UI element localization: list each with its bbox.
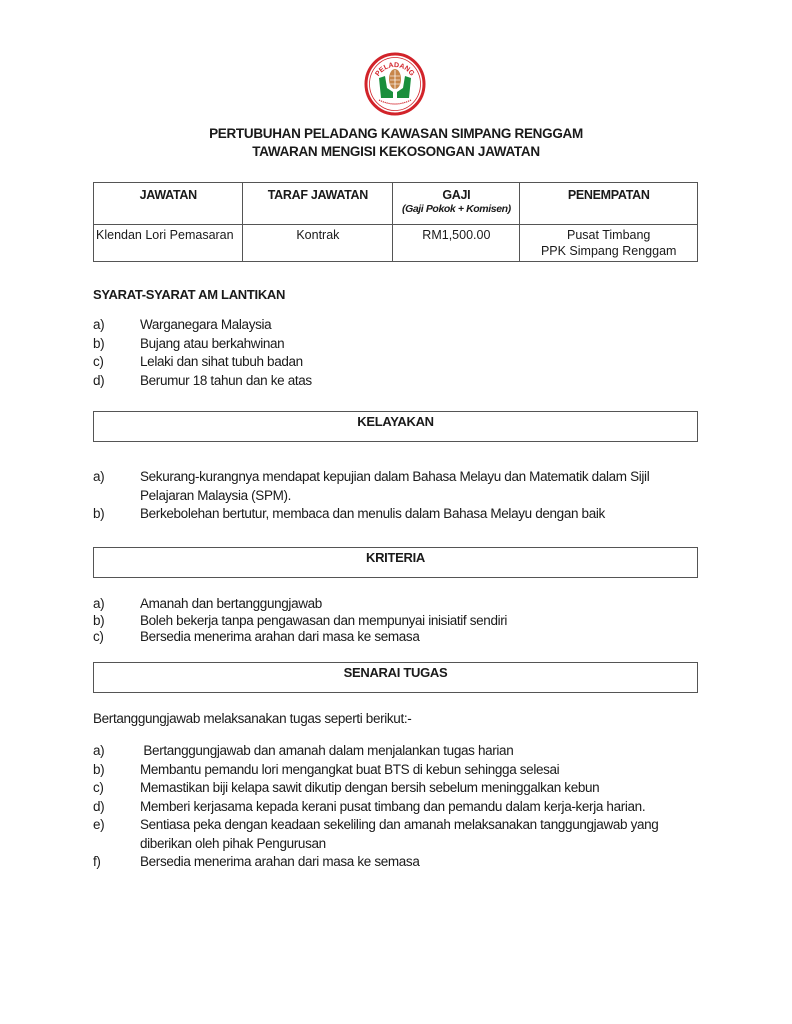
item-label: a) xyxy=(93,468,140,505)
penempatan-line1: Pusat Timbang xyxy=(523,227,694,243)
kriteria-list: a)Amanah dan bertanggungjawab b)Boleh be… xyxy=(93,596,713,646)
cell-gaji: RM1,500.00 xyxy=(393,225,520,262)
organization-title: PERTUBUHAN PELADANG KAWASAN SIMPANG RENG… xyxy=(0,126,792,141)
kelayakan-list: a)Sekurang-kurangnya mendapat kepujian d… xyxy=(93,468,698,524)
item-label: b) xyxy=(93,335,140,354)
item-text: Bersedia menerima arahan dari masa ke se… xyxy=(140,629,713,646)
item-label: e) xyxy=(93,816,140,853)
list-item: a) Bertanggungjawab dan amanah dalam men… xyxy=(93,742,713,761)
item-text: Lelaki dan sihat tubuh badan xyxy=(140,353,713,372)
item-label: b) xyxy=(93,505,140,524)
item-text: Boleh bekerja tanpa pengawasan dan mempu… xyxy=(140,613,713,630)
item-text: Sekurang-kurangnya mendapat kepujian dal… xyxy=(140,468,698,505)
item-label: a) xyxy=(93,316,140,335)
syarat-list: a)Warganegara Malaysia b)Bujang atau ber… xyxy=(93,316,713,390)
item-text: Memastikan biji kelapa sawit dikutip den… xyxy=(140,779,713,798)
item-label: c) xyxy=(93,629,140,646)
document-title: TAWARAN MENGISI KEKOSONGAN JAWATAN xyxy=(0,144,792,159)
item-text: Bujang atau berkahwinan xyxy=(140,335,713,354)
item-text: Bersedia menerima arahan dari masa ke se… xyxy=(140,853,713,872)
tugas-intro: Bertanggungjawab melaksanakan tugas sepe… xyxy=(93,711,411,726)
header-gaji-sublabel: (Gaji Pokok + Komisen) xyxy=(396,203,516,215)
tugas-list: a) Bertanggungjawab dan amanah dalam men… xyxy=(93,742,713,872)
list-item: e)Sentiasa peka dengan keadaan sekelilin… xyxy=(93,816,713,853)
header-taraf-jawatan: TARAF JAWATAN xyxy=(243,183,393,225)
item-label: c) xyxy=(93,779,140,798)
item-text: Berumur 18 tahun dan ke atas xyxy=(140,372,713,391)
header-penempatan: PENEMPATAN xyxy=(520,183,698,225)
cell-penempatan: Pusat Timbang PPK Simpang Renggam xyxy=(520,225,698,262)
item-label: c) xyxy=(93,353,140,372)
table-row: Klendan Lori Pemasaran Kontrak RM1,500.0… xyxy=(94,225,698,262)
list-item: b)Boleh bekerja tanpa pengawasan dan mem… xyxy=(93,613,713,630)
list-item: b)Berkebolehan bertutur, membaca dan men… xyxy=(93,505,698,524)
list-item: a)Amanah dan bertanggungjawab xyxy=(93,596,713,613)
item-label: d) xyxy=(93,372,140,391)
job-vacancy-table: JAWATAN TARAF JAWATAN GAJI (Gaji Pokok +… xyxy=(93,182,698,262)
item-label: a) xyxy=(93,596,140,613)
item-text: Amanah dan bertanggungjawab xyxy=(140,596,713,613)
penempatan-line2: PPK Simpang Renggam xyxy=(523,243,694,259)
list-item: a)Warganegara Malaysia xyxy=(93,316,713,335)
list-item: c)Lelaki dan sihat tubuh badan xyxy=(93,353,713,372)
item-text: Bertanggungjawab dan amanah dalam menjal… xyxy=(140,742,713,761)
list-item: d)Memberi kerjasama kepada kerani pusat … xyxy=(93,798,713,817)
item-text: Sentiasa peka dengan keadaan sekeliling … xyxy=(140,816,680,853)
peladang-logo: PELADANG xyxy=(363,52,427,116)
cell-jawatan: Klendan Lori Pemasaran xyxy=(94,225,243,262)
list-item: b)Bujang atau berkahwinan xyxy=(93,335,713,354)
item-label: b) xyxy=(93,613,140,630)
senarai-tugas-heading-box: SENARAI TUGAS xyxy=(93,662,698,693)
list-item: c)Bersedia menerima arahan dari masa ke … xyxy=(93,629,713,646)
list-item: b)Membantu pemandu lori mengangkat buat … xyxy=(93,761,713,780)
item-label: a) xyxy=(93,742,140,761)
peladang-logo-icon: PELADANG xyxy=(363,52,427,116)
header-gaji-label: GAJI xyxy=(442,188,470,202)
item-label: d) xyxy=(93,798,140,817)
item-text: Membantu pemandu lori mengangkat buat BT… xyxy=(140,761,713,780)
list-item: a)Sekurang-kurangnya mendapat kepujian d… xyxy=(93,468,698,505)
item-label: f) xyxy=(93,853,140,872)
list-item: f)Bersedia menerima arahan dari masa ke … xyxy=(93,853,713,872)
item-text: Warganegara Malaysia xyxy=(140,316,713,335)
cell-taraf: Kontrak xyxy=(243,225,393,262)
table-header-row: JAWATAN TARAF JAWATAN GAJI (Gaji Pokok +… xyxy=(94,183,698,225)
item-label: b) xyxy=(93,761,140,780)
kelayakan-heading-box: KELAYAKAN xyxy=(93,411,698,442)
header-gaji: GAJI (Gaji Pokok + Komisen) xyxy=(393,183,520,225)
item-text: Berkebolehan bertutur, membaca dan menul… xyxy=(140,505,698,524)
list-item: d)Berumur 18 tahun dan ke atas xyxy=(93,372,713,391)
item-text: Memberi kerjasama kepada kerani pusat ti… xyxy=(140,798,713,817)
syarat-heading: SYARAT-SYARAT AM LANTIKAN xyxy=(93,287,285,302)
kriteria-heading-box: KRITERIA xyxy=(93,547,698,578)
list-item: c)Memastikan biji kelapa sawit dikutip d… xyxy=(93,779,713,798)
header-jawatan: JAWATAN xyxy=(94,183,243,225)
